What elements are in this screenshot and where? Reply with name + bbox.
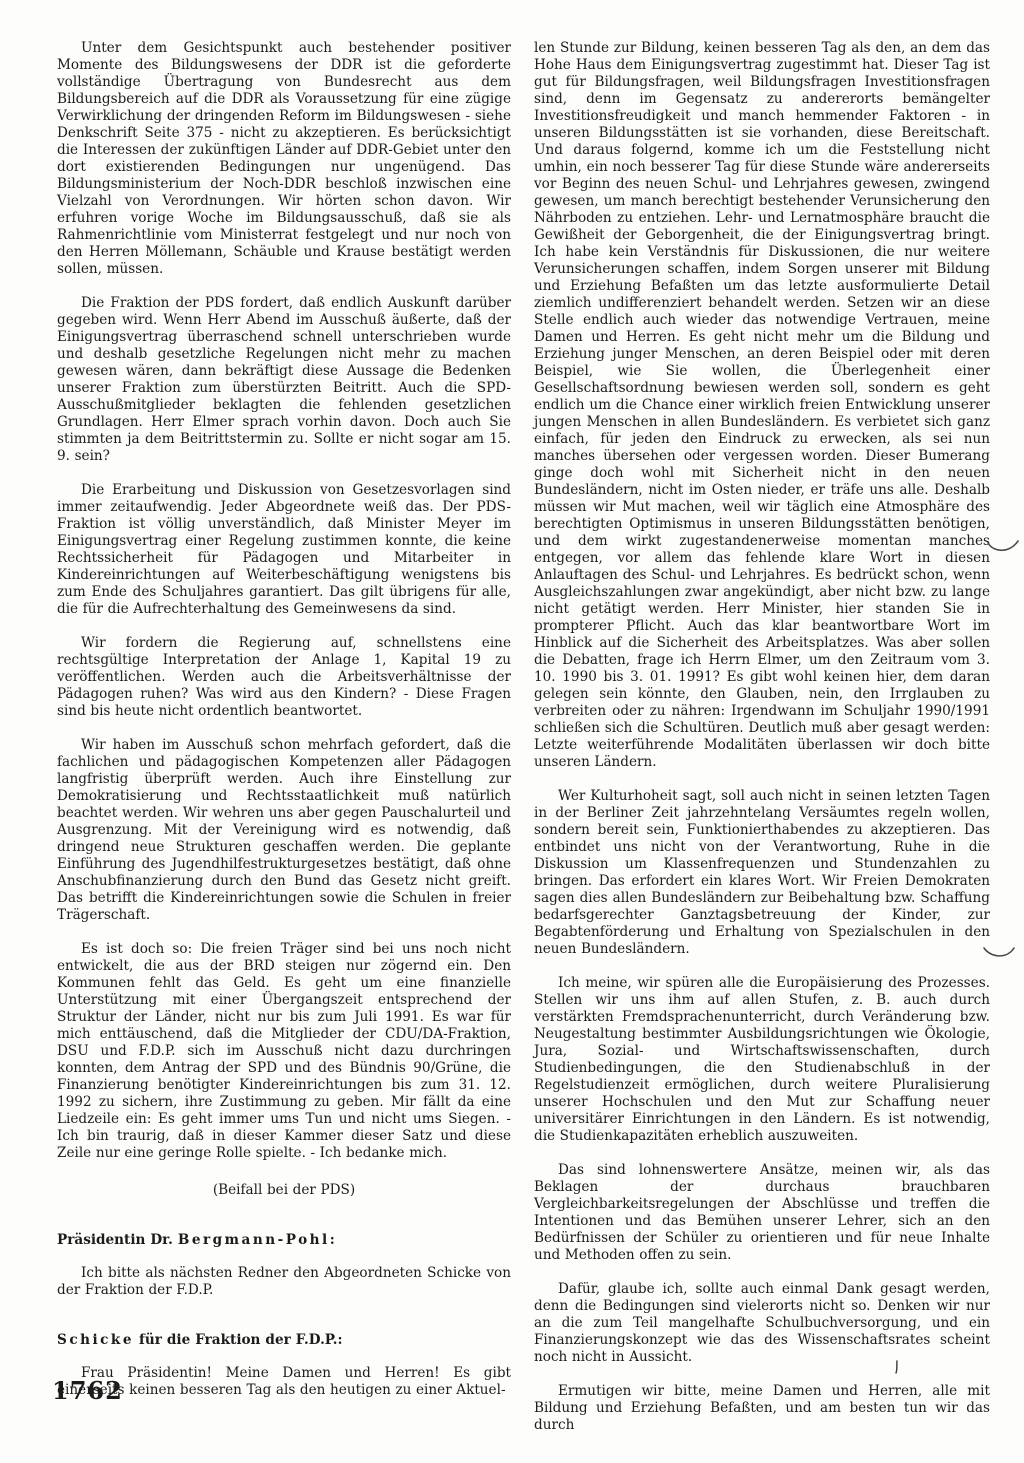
paragraph: Wir haben im Ausschuß schon mehrfach gef… [57, 737, 511, 924]
page-number: 1762 [52, 1382, 123, 1399]
speaker-heading-suffix: für die Fraktion der F.D.P.: [139, 1332, 343, 1348]
paragraph: len Stunde zur Bildung, keinen besseren … [534, 40, 990, 771]
speaker-heading-schicke: Schicke für die Fraktion der F.D.P.: [57, 1332, 511, 1349]
stage-direction: (Beifall bei der PDS) [57, 1182, 511, 1199]
paragraph: Wer Kulturhoheit sagt, soll auch nicht i… [534, 788, 990, 958]
speaker-heading-name: Bergmann-Pohl: [178, 1232, 337, 1248]
paragraph: Die Erarbeitung und Diskussion von Geset… [57, 482, 511, 618]
paragraph: Ich bitte als nächsten Redner den Abgeor… [57, 1265, 511, 1299]
paragraph: Frau Präsidentin! Meine Damen und Herren… [57, 1365, 511, 1399]
paragraph: Ermutigen wir bitte, meine Damen und Her… [534, 1383, 990, 1434]
paragraph: Das sind lohnenswertere Ansätze, meinen … [534, 1162, 990, 1264]
speaker-heading-praesidentin: Präsidentin Dr. Bergmann-Pohl: [57, 1232, 511, 1249]
paragraph: Die Fraktion der PDS fordert, daß endlic… [57, 295, 511, 465]
paragraph: Wir fordern die Regierung auf, schnellst… [57, 635, 511, 720]
handwritten-tick-icon [986, 538, 1020, 556]
paragraph: Ich meine, wir spüren alle die Europäisi… [534, 975, 990, 1145]
paragraph: Unter dem Gesichtspunkt auch bestehender… [57, 40, 511, 278]
right-column: len Stunde zur Bildung, keinen besseren … [534, 40, 990, 1451]
handwritten-tick-icon [982, 944, 1016, 962]
paragraph: Es ist doch so: Die freien Träger sind b… [57, 941, 511, 1162]
speaker-heading-prefix: Präsidentin Dr. [57, 1232, 173, 1248]
pen-mark-icon [893, 1360, 901, 1374]
protocol-page: Unter dem Gesichtspunkt auch bestehender… [0, 0, 1024, 1463]
paragraph: Dafür, glaube ich, sollte auch einmal Da… [534, 1281, 990, 1366]
left-column: Unter dem Gesichtspunkt auch bestehender… [57, 40, 511, 1416]
speaker-heading-name: Schicke [57, 1332, 134, 1348]
